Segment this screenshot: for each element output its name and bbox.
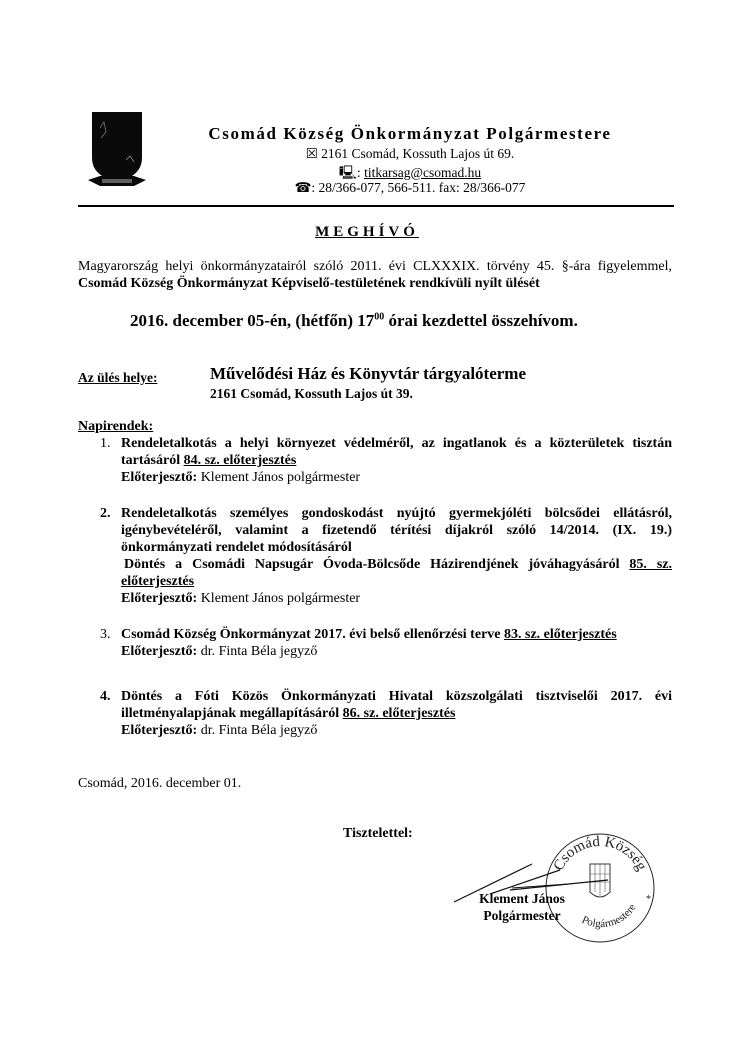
place-label: Az ülés helye: xyxy=(78,370,157,386)
computer-icon: 🖳 xyxy=(339,165,357,180)
presenter-name: dr. Finta Béla jegyző xyxy=(197,644,317,659)
presenter-label: Előterjesztő: xyxy=(121,644,197,659)
presenter-label: Előterjesztő: xyxy=(121,723,197,738)
agenda-item-number: 2. xyxy=(100,505,120,522)
agenda-item: 2. Rendeletalkotás személyes gondoskodás… xyxy=(100,505,672,607)
presenter-name: Klement János polgármester xyxy=(197,591,360,606)
presenter-label: Előterjesztő: xyxy=(121,470,197,485)
email-prefix: : xyxy=(357,165,364,180)
agenda-item-number: 4. xyxy=(100,688,120,705)
header-divider xyxy=(78,205,674,207)
intro-paragraph: Magyarország helyi önkormányzatairól szó… xyxy=(78,258,672,292)
letterhead-phone: ☎: 28/366-077, 566-511. fax: 28/366-077 xyxy=(150,180,670,196)
closing-regards: Tisztelettel: xyxy=(343,826,413,842)
agenda-item-number: 3. xyxy=(100,626,120,643)
intro-plain: Magyarország helyi önkormányzatairól szó… xyxy=(78,259,672,274)
place-name: Művelődési Ház és Könyvtár tárgyalóterme xyxy=(210,364,526,384)
presenter-name: Klement János polgármester xyxy=(197,470,360,485)
datetime-main: 2016. december 05-én, (hétfőn) 17 xyxy=(130,311,374,330)
datetime-minutes: 00 xyxy=(374,311,384,322)
agenda-item-text: Csomád Község Önkormányzat 2017. évi bel… xyxy=(121,627,504,642)
agenda-item: 4. Döntés a Fóti Közös Önkormányzati Hiv… xyxy=(100,688,672,739)
agenda-item: 3. Csomád Község Önkormányzat 2017. évi … xyxy=(100,626,672,660)
signatory-role: Polgármester xyxy=(472,908,572,924)
email-link[interactable]: titkarsag@csomad.hu xyxy=(364,165,481,180)
stamp-star: * xyxy=(646,894,651,905)
telephone-icon: ☎ xyxy=(295,180,312,195)
address-text: 2161 Csomád, Kossuth Lajos út 69. xyxy=(321,146,514,161)
agenda-label: Napirendek: xyxy=(78,419,153,435)
datetime-tail: órai kezdettel összehívom. xyxy=(384,311,578,330)
intro-bold: Csomád Község Önkormányzat Képviselő-tes… xyxy=(78,276,540,291)
agenda-item: 1. Rendeletalkotás a helyi környezet véd… xyxy=(100,435,672,486)
agenda-item-proposal: 84. sz. előterjesztés xyxy=(184,453,297,468)
agenda-item-text: Rendeletalkotás személyes gondoskodást n… xyxy=(121,506,672,555)
place-address: 2161 Csomád, Kossuth Lajos út 39. xyxy=(210,386,413,402)
place-and-date: Csomád, 2016. december 01. xyxy=(78,776,241,792)
agenda-item-number: 1. xyxy=(100,435,120,452)
letterhead-address: ☒ 2161 Csomád, Kossuth Lajos út 69. xyxy=(150,146,670,162)
envelope-icon: ☒ xyxy=(306,146,318,161)
presenter-name: dr. Finta Béla jegyző xyxy=(197,723,317,738)
presenter-label: Előterjesztő: xyxy=(121,591,197,606)
agenda-item-proposal: 86. sz. előterjesztés xyxy=(343,706,456,721)
document-title: MEGHÍVÓ xyxy=(0,224,734,241)
phone-text: : 28/366-077, 566-511. fax: 28/366-077 xyxy=(311,180,525,195)
coat-of-arms-icon xyxy=(86,110,148,192)
agenda-item-extra: Döntés a Csomádi Napsugár Óvoda-Bölcsőde… xyxy=(121,557,629,572)
signatory-name: Klement János xyxy=(472,891,572,907)
letterhead-title: Csomád Község Önkormányzat Polgármestere xyxy=(150,124,670,144)
meeting-datetime: 2016. december 05-én, (hétfőn) 1700 órai… xyxy=(130,311,578,331)
agenda-item-proposal: 83. sz. előterjesztés xyxy=(504,627,617,642)
